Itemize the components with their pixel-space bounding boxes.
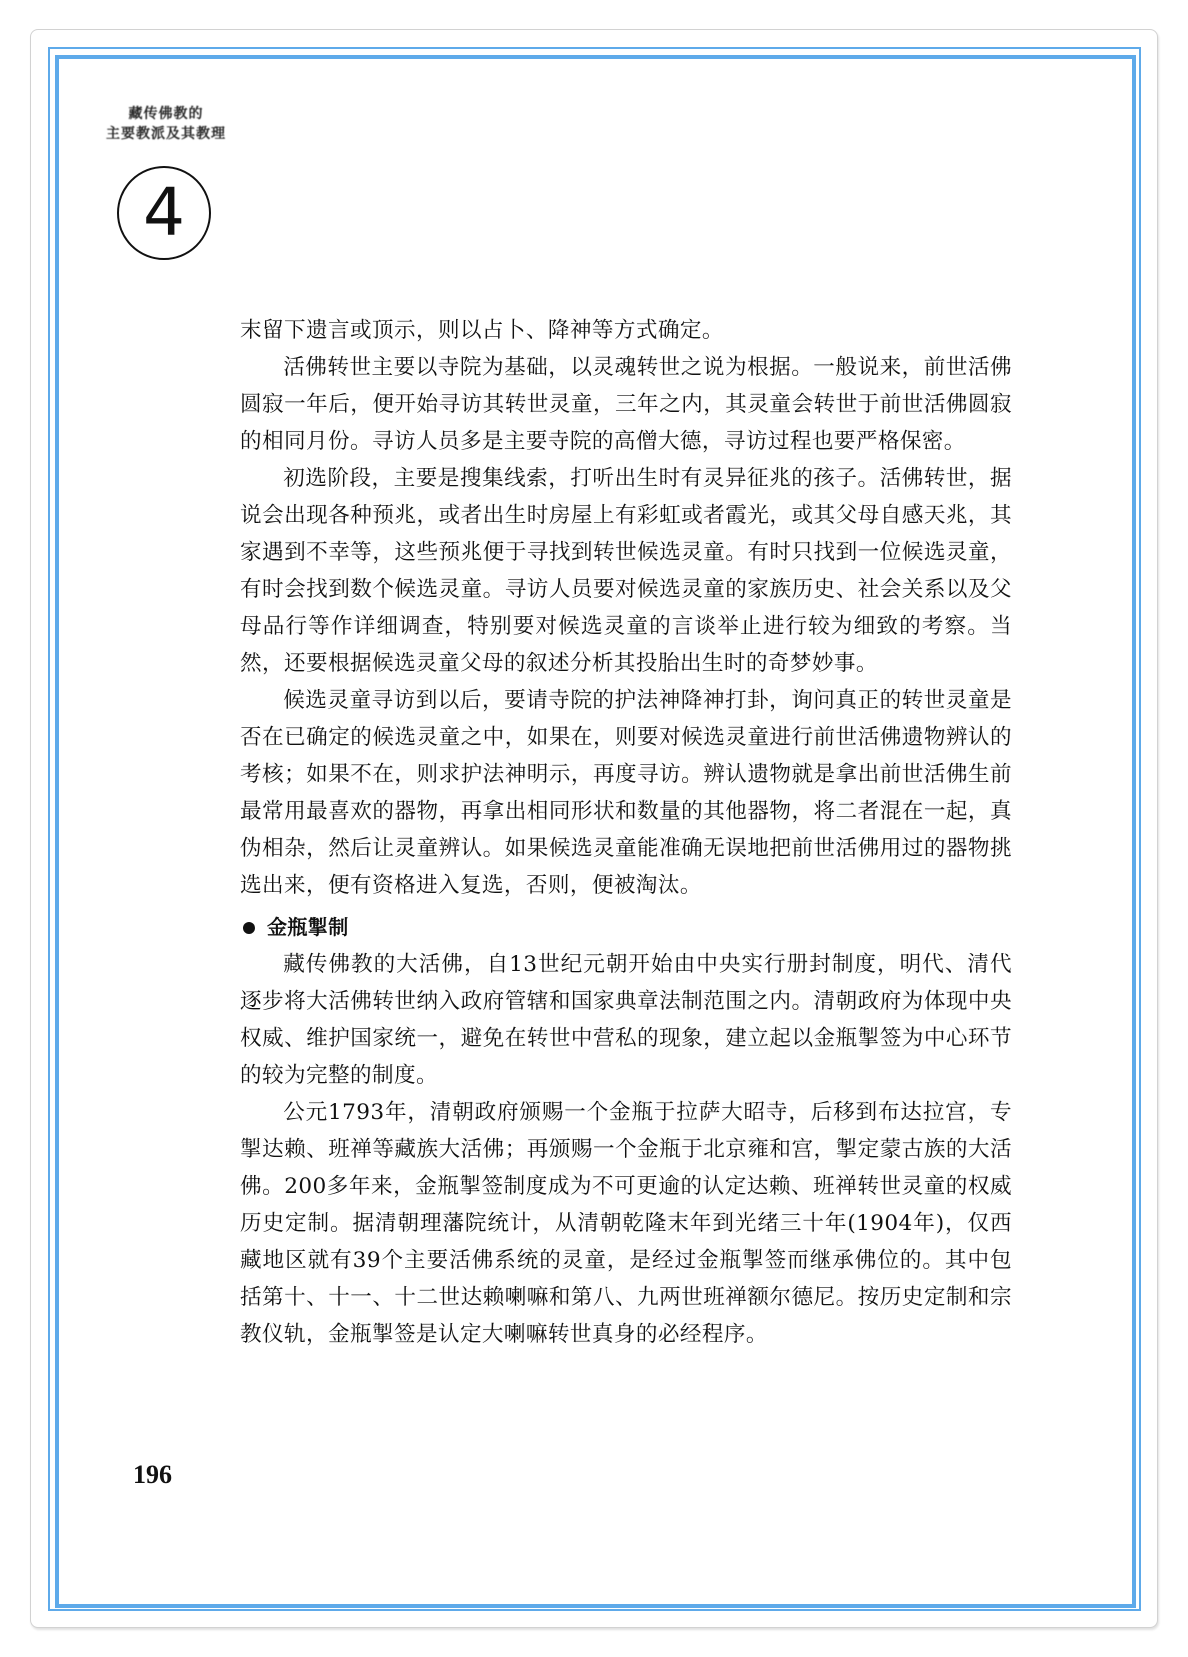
section-heading: 金瓶掣制 (240, 909, 1012, 946)
running-header-line2: 主要教派及其教理 (96, 124, 236, 144)
running-header: 藏传佛教的 主要教派及其教理 (96, 104, 236, 144)
section-heading-text: 金瓶掣制 (267, 909, 349, 946)
bullet-icon (243, 922, 255, 934)
running-header-line1: 藏传佛教的 (96, 104, 236, 124)
chapter-number: 4 (143, 180, 185, 246)
chapter-number-circle: 4 (117, 166, 211, 260)
body-text: 末留下遗言或顶示，则以占卜、降神等方式确定。 活佛转世主要以寺院为基础，以灵魂转… (240, 312, 1012, 1353)
paragraph: 候选灵童寻访到以后，要请寺院的护法神降神打卦，询问真正的转世灵童是否在已确定的候… (240, 682, 1012, 904)
paragraph: 末留下遗言或顶示，则以占卜、降神等方式确定。 (240, 312, 1012, 349)
paragraph: 公元1793年，清朝政府颁赐一个金瓶于拉萨大昭寺，后移到布达拉宫，专掣达赖、班禅… (240, 1094, 1012, 1353)
page-number: 196 (133, 1460, 172, 1490)
paragraph: 藏传佛教的大活佛，自13世纪元朝开始由中央实行册封制度，明代、清代逐步将大活佛转… (240, 946, 1012, 1094)
paragraph: 活佛转世主要以寺院为基础，以灵魂转世之说为根据。一般说来，前世活佛圆寂一年后，便… (240, 349, 1012, 460)
paragraph: 初选阶段，主要是搜集线索，打听出生时有灵异征兆的孩子。活佛转世，据说会出现各种预… (240, 460, 1012, 682)
